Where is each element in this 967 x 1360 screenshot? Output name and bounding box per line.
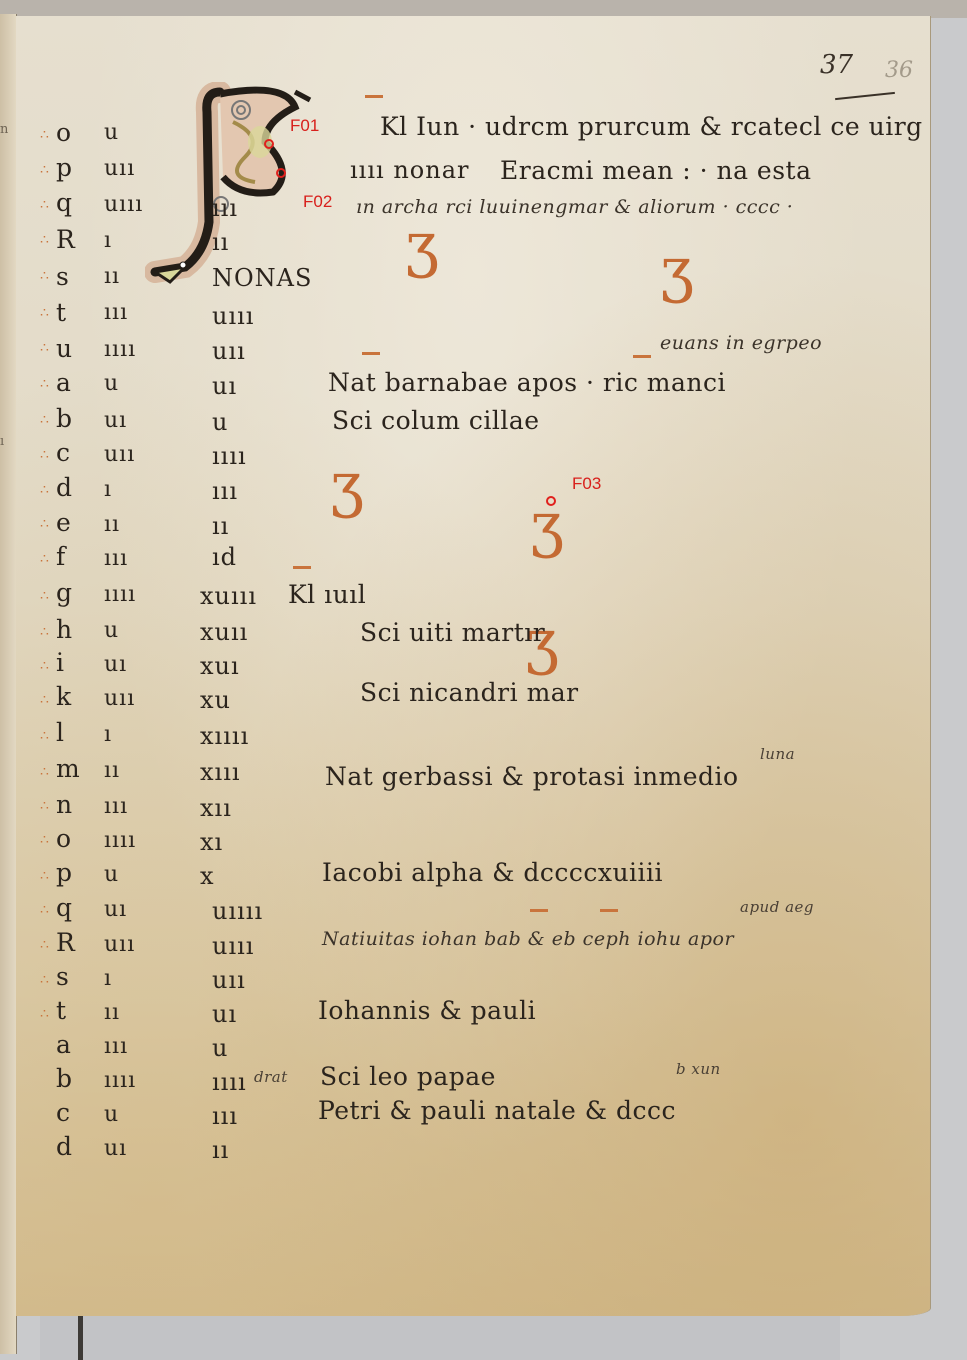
calendar-entry: Nat barnabae apos · ric manci [328, 368, 726, 397]
rubric-dots: ∴ [40, 902, 49, 918]
facing-page-fragment: n [0, 122, 8, 137]
day-count: u [212, 1034, 228, 1062]
golden-number: u [104, 120, 119, 145]
day-count: xuııı [200, 582, 257, 610]
day-count: ııı [212, 194, 238, 222]
dominical-letter: k [56, 682, 71, 711]
binding-bar [78, 1316, 83, 1360]
dominical-letter: p [56, 153, 72, 182]
calendar-entry: Iohannis & pauli [318, 996, 536, 1025]
day-count: ıııı nonar [350, 156, 469, 184]
dominical-letter: f [56, 542, 65, 571]
golden-number: ı [104, 722, 112, 747]
rubric-dots: ∴ [40, 832, 49, 848]
rubric-bar [365, 95, 383, 98]
rubric-bar [530, 909, 548, 912]
rubric-dots: ∴ [40, 305, 49, 321]
dominical-letter: p [56, 858, 72, 887]
day-count: ıı [212, 1136, 229, 1164]
rubric-i-mark: ʒ [530, 495, 564, 555]
rubric-bar [293, 566, 311, 569]
rubric-dots: ∴ [40, 728, 49, 744]
annotation-marker-f01 [264, 139, 274, 149]
dominical-letter: t [56, 298, 66, 327]
dominical-letter: q [56, 188, 72, 217]
rubric-dots: ∴ [40, 692, 49, 708]
rubric-dots: ∴ [40, 376, 49, 392]
golden-number: uı [104, 408, 127, 433]
dominical-letter: e [56, 508, 71, 537]
folio-number: 37 [820, 50, 853, 80]
day-count: uıı [212, 966, 246, 994]
golden-number: u [104, 618, 119, 643]
day-count: xııı [200, 758, 241, 786]
rubric-dots: ∴ [40, 658, 49, 674]
rubric-dots: ∴ [40, 798, 49, 814]
dominical-letter: l [56, 718, 64, 747]
marginal-gloss-apud-aeg: apud aeg [740, 898, 814, 916]
day-count: uııı [212, 932, 254, 960]
dominical-letter: q [56, 893, 72, 922]
rubric-dots: ∴ [40, 447, 49, 463]
calendar-entry: Nat gerbassi & protasi inmedio [325, 762, 739, 791]
golden-number: ıı [104, 1000, 120, 1025]
calendar-entry: Kl Iun · udrcm prurcum & rcatecl ce uirg [380, 112, 923, 141]
golden-number: ııı [104, 1034, 128, 1059]
rubric-dots: ∴ [40, 482, 49, 498]
dominical-letter: c [56, 1098, 70, 1127]
golden-number: uı [104, 652, 127, 677]
day-count: NONAS [212, 264, 312, 292]
dominical-letter: h [56, 615, 72, 644]
golden-number: uıı [104, 156, 135, 181]
calendar-entry: Sci colum cillae [332, 406, 540, 435]
golden-number: ıı [104, 264, 120, 289]
rubric-dots: ∴ [40, 127, 49, 143]
day-count: ııı [212, 477, 238, 505]
day-count: xu [200, 686, 231, 714]
dominical-letter: a [56, 1030, 71, 1059]
calendar-entry: Eracmi mean : · na esta [500, 156, 812, 185]
golden-number: ı [104, 966, 112, 991]
rubric-bar [600, 909, 618, 912]
day-count: ıııı [212, 1068, 247, 1096]
golden-number: ıı [104, 512, 120, 537]
day-count: x [200, 862, 215, 890]
dominical-letter: o [56, 824, 71, 853]
calendar-entry: Sci nicandri mar [360, 678, 579, 707]
calendar-entry: Sci leo papae [320, 1062, 496, 1091]
rubric-dots: ∴ [40, 588, 49, 604]
golden-number: ıııı [104, 582, 136, 607]
facing-page-fragment: ı [0, 434, 4, 449]
scan-background-bottom [40, 1316, 840, 1360]
rubric-dots: ∴ [40, 551, 49, 567]
dominical-letter: u [56, 334, 72, 363]
dominical-letter: b [56, 1064, 72, 1093]
rubric-dots: ∴ [40, 197, 49, 213]
golden-number: uı [104, 897, 127, 922]
day-count: ıd [212, 543, 237, 571]
golden-number: ı [104, 477, 112, 502]
day-count: xıııı [200, 722, 249, 750]
golden-number: ııı [104, 300, 128, 325]
day-count: uıııı [212, 897, 263, 925]
day-count: ııı [212, 1102, 238, 1130]
golden-number: ıııı [104, 1068, 136, 1093]
day-count: uıı [212, 337, 246, 365]
rubric-dots: ∴ [40, 268, 49, 284]
day-count: ıııı [212, 442, 247, 470]
annotation-marker-f02 [276, 168, 286, 178]
calendar-entry: Petri & pauli natale & dccc [318, 1096, 676, 1125]
rubric-i-mark: ʒ [660, 240, 694, 300]
day-count: ıı [212, 512, 229, 540]
day-count: u [212, 408, 228, 436]
rubric-i-mark: ʒ [405, 215, 439, 275]
dominical-letter: R [56, 225, 75, 254]
day-count: uııı [212, 302, 254, 330]
rubric-bar [362, 352, 380, 355]
dominical-letter: n [56, 790, 72, 819]
rubric-dots: ∴ [40, 972, 49, 988]
golden-number: uıı [104, 442, 135, 467]
dominical-letter: d [56, 473, 72, 502]
golden-number: uıı [104, 686, 135, 711]
dominical-letter: m [56, 754, 80, 783]
marginal-gloss-luna: luna [760, 745, 795, 763]
old-folio-number: 36 [885, 58, 913, 83]
dominical-letter: b [56, 404, 72, 433]
dominical-letter: g [56, 578, 72, 607]
dominical-letter: t [56, 996, 66, 1025]
day-count: xıı [200, 794, 232, 822]
dominical-letter: d [56, 1132, 72, 1161]
day-count: xı [200, 828, 223, 856]
annotation-label-f03: F03 [572, 474, 601, 494]
facing-page-edge: n ı [0, 14, 17, 1354]
golden-number: ıı [104, 758, 120, 783]
day-count: ıı [212, 228, 229, 256]
dominical-letter: s [56, 962, 69, 991]
golden-number: uııı [104, 192, 143, 217]
golden-number: ııı [104, 546, 128, 571]
marginal-gloss-xun: b xun [676, 1060, 721, 1078]
annotation-label-f01: F01 [290, 116, 319, 136]
rubric-dots: ∴ [40, 1006, 49, 1022]
golden-number: ıııı [104, 828, 136, 853]
golden-number: u [104, 371, 119, 396]
dominical-letter: R [56, 928, 75, 957]
dominical-letter: s [56, 262, 69, 291]
rubric-dots: ∴ [40, 162, 49, 178]
golden-number: uıı [104, 932, 135, 957]
rubric-dots: ∴ [40, 340, 49, 356]
calendar-entry: Iacobi alpha & dccccxuiiii [322, 858, 663, 887]
rubric-dots: ∴ [40, 232, 49, 248]
rubric-bar [633, 355, 651, 358]
dominical-letter: c [56, 438, 70, 467]
calendar-entry: Natiuitas iohan bab & eb ceph iohu apor [322, 928, 734, 950]
calendar-entry: Kl ıuıl [288, 580, 366, 609]
golden-number: ıııı [104, 337, 136, 362]
rubric-i-mark: ʒ [330, 455, 364, 515]
golden-number: ııı [104, 794, 128, 819]
golden-number: uı [104, 1136, 127, 1161]
rubric-dots: ∴ [40, 412, 49, 428]
golden-number: u [104, 862, 119, 887]
annotation-label-f02: F02 [303, 192, 332, 212]
rubric-dots: ∴ [40, 624, 49, 640]
day-count: xuıı [200, 618, 248, 646]
calendar-entry: Sci uiti martır [360, 618, 545, 647]
golden-number: u [104, 1102, 119, 1127]
dominical-letter: o [56, 118, 71, 147]
rubric-dots: ∴ [40, 937, 49, 953]
calendar-entry: euans in egrpeo [660, 332, 822, 354]
calendar-entry: ın archa rci luuinengmar & aliorum · ccc… [356, 196, 793, 218]
dominical-letter: i [56, 648, 64, 677]
golden-number: ı [104, 228, 112, 253]
dominical-letter: a [56, 368, 71, 397]
day-count: uı [212, 1000, 237, 1028]
day-count: uı [212, 372, 237, 400]
day-count: xuı [200, 652, 240, 680]
marginal-gloss-drat: drat [254, 1068, 288, 1086]
rubric-dots: ∴ [40, 516, 49, 532]
rubric-dots: ∴ [40, 764, 49, 780]
rubric-dots: ∴ [40, 868, 49, 884]
